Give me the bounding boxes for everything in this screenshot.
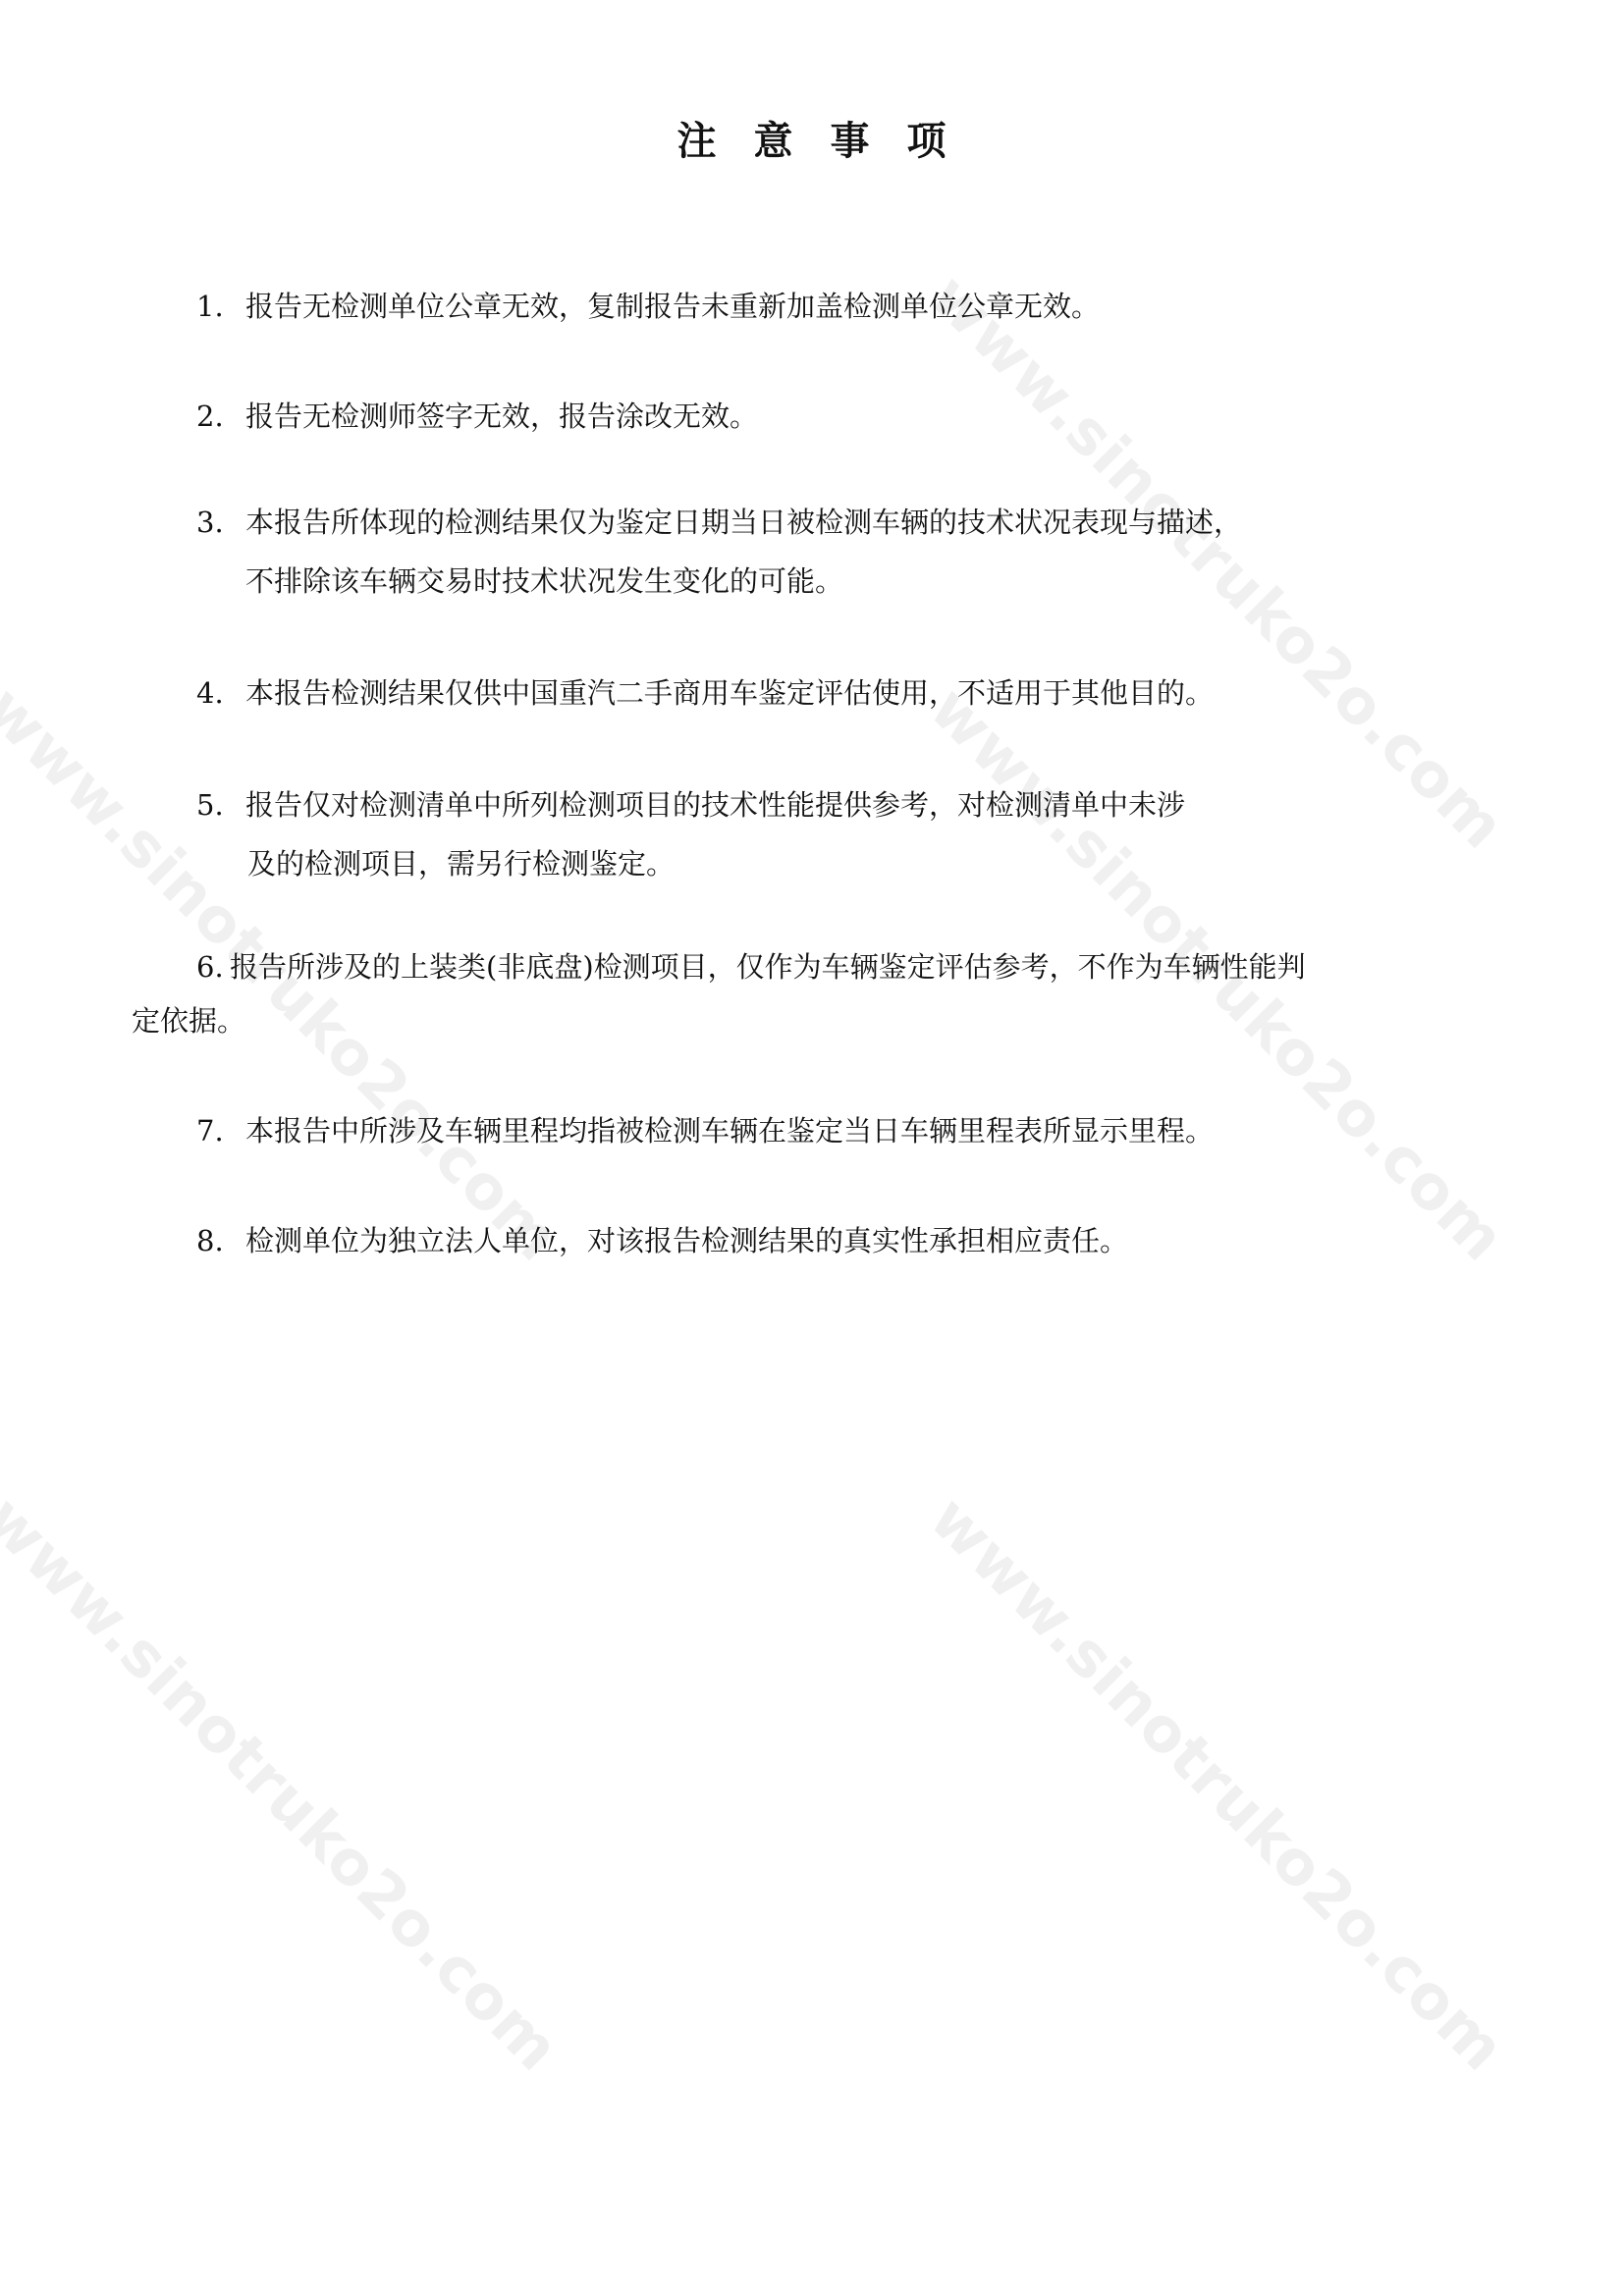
item-text-line: 不排除该车辆交易时技术状况发生变化的可能。: [245, 563, 843, 599]
item-number: 2.: [196, 399, 224, 434]
item-text-line: 定依据。: [132, 1003, 245, 1039]
item-number: 8.: [196, 1223, 224, 1258]
item-text-line: 报告所涉及的上装类(非底盘)检测项目，仅作为车辆鉴定评估参考，不作为车辆性能判: [230, 949, 1306, 985]
item-text-line: 报告无检测单位公章无效，复制报告未重新加盖检测单位公章无效。: [245, 289, 1100, 324]
item-number: 7.: [196, 1113, 224, 1148]
item-text-line: 本报告中所涉及车辆里程均指被检测车辆在鉴定当日车辆里程表所显示里程。: [245, 1113, 1214, 1148]
item-number: 4.: [196, 675, 224, 711]
item-number: 3.: [196, 505, 224, 540]
page-title: 注意事项: [0, 110, 1623, 166]
item-text-line: 本报告检测结果仅供中国重汽二手商用车鉴定评估使用，不适用于其他目的。: [245, 675, 1214, 711]
item-number: 1.: [196, 289, 224, 324]
notice-page: 注意事项 1. 报告无检测单位公章无效，复制报告未重新加盖检测单位公章无效。 2…: [0, 0, 1623, 2296]
item-number: 6.: [196, 949, 224, 985]
item-text-line: 本报告所体现的检测结果仅为鉴定日期当日被检测车辆的技术状况表现与描述，: [245, 505, 1242, 540]
item-number: 5.: [196, 787, 224, 823]
item-text-line: 报告无检测师签字无效，报告涂改无效。: [245, 399, 758, 434]
item-text-line: 检测单位为独立法人单位，对该报告检测结果的真实性承担相应责任。: [245, 1223, 1128, 1258]
item-text-line: 报告仅对检测清单中所列检测项目的技术性能提供参考，对检测清单中未涉: [245, 787, 1185, 823]
item-text-line: 及的检测项目，需另行检测鉴定。: [247, 846, 675, 881]
